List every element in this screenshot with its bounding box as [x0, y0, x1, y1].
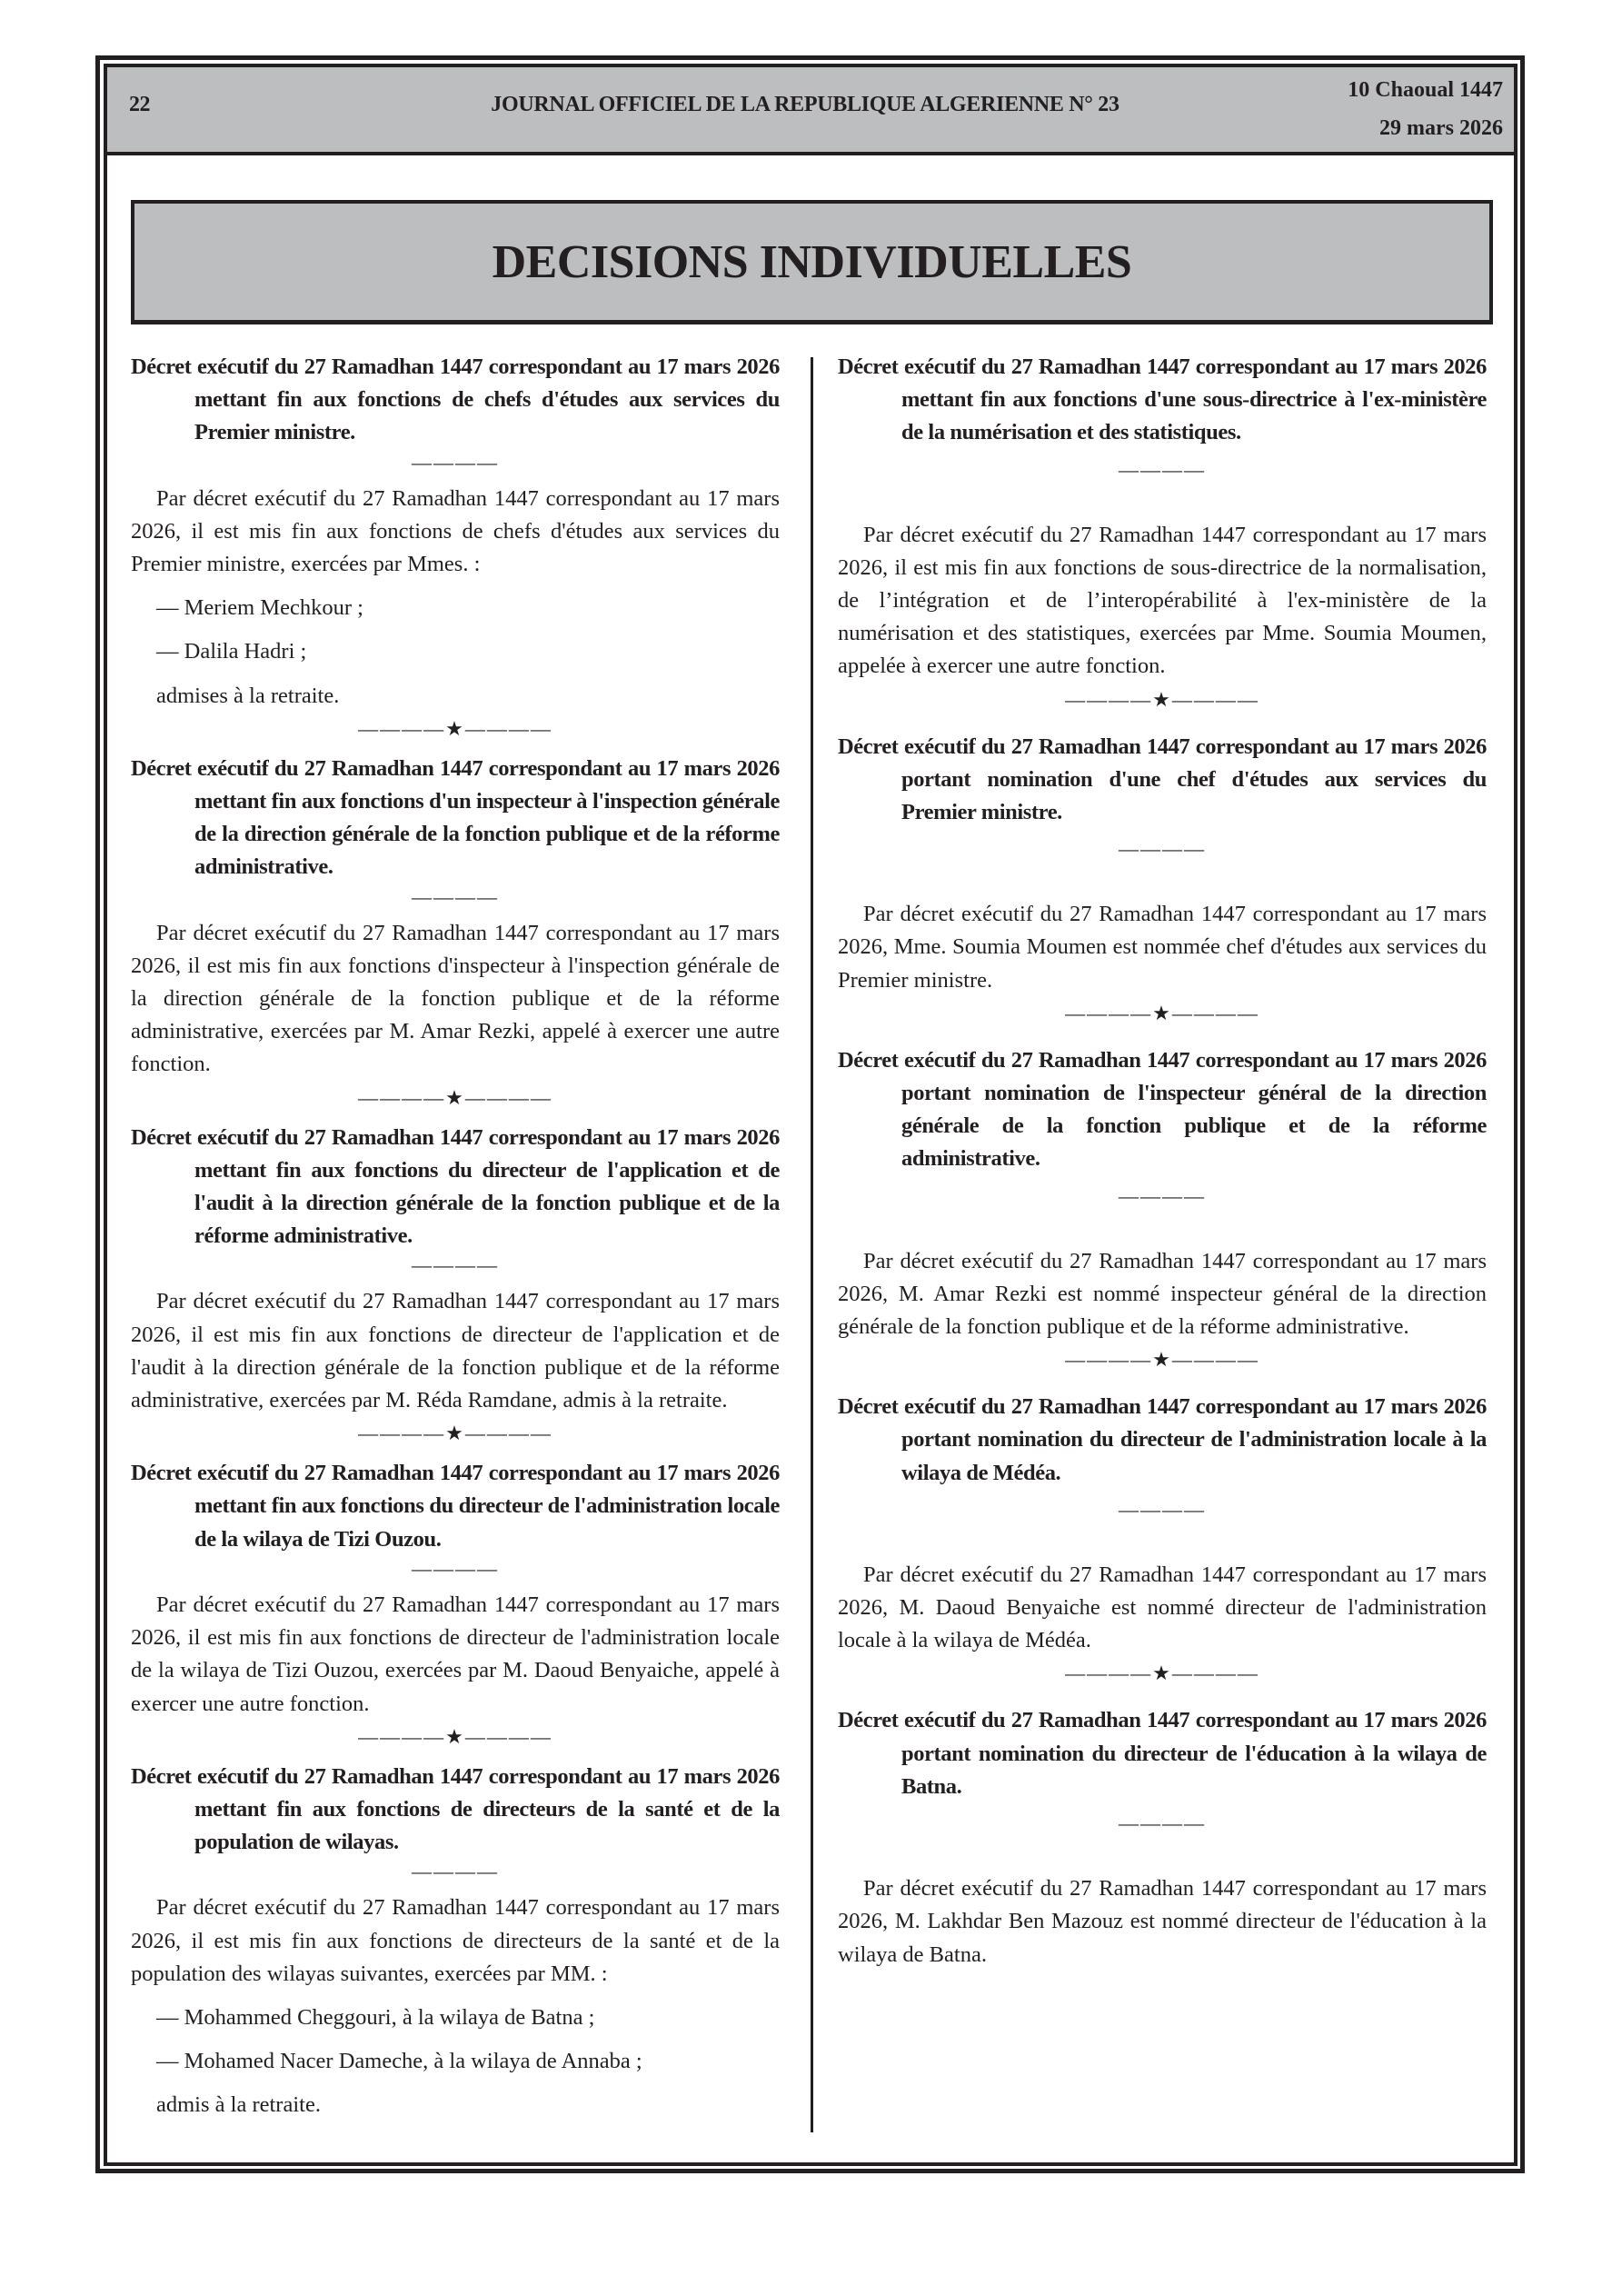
decree-body: Par décret exécutif du 27 Ramadhan 1447 … — [131, 483, 780, 582]
decree: Décret exécutif du 27 Ramadhan 1447 corr… — [838, 1383, 1487, 1690]
decree-title: Décret exécutif du 27 Ramadhan 1447 corr… — [131, 1761, 780, 1860]
list-item: — Meriem Mechkour ; — [131, 592, 780, 624]
separator-short: ———— — [838, 457, 1487, 483]
journal-header: 22 JOURNAL OFFICIEL DE LA REPUBLIQUE ALG… — [107, 67, 1514, 155]
decree-title: Décret exécutif du 27 Ramadhan 1447 corr… — [131, 1457, 780, 1556]
separator-star: ————★———— — [838, 997, 1487, 1030]
separator-star: ————★———— — [838, 1343, 1487, 1376]
decree-body: Par décret exécutif du 27 Ramadhan 1447 … — [131, 1892, 780, 1991]
decree-title: Décret exécutif du 27 Ramadhan 1447 corr… — [838, 1704, 1487, 1803]
separator-star: ————★———— — [131, 713, 780, 745]
decree: Décret exécutif du 27 Ramadhan 1447 corr… — [131, 1122, 780, 1451]
decree-body: Par décret exécutif du 27 Ramadhan 1447 … — [838, 1872, 1487, 1972]
separator-short: ———— — [838, 1183, 1487, 1209]
decree-closing: admis à la retraite. — [131, 2089, 780, 2121]
decree: Décret exécutif du 27 Ramadhan 1447 corr… — [131, 1457, 780, 1752]
separator-short: ———— — [131, 884, 780, 910]
separator-star: ————★———— — [131, 1417, 780, 1450]
date-gregorian: 29 mars 2026 — [1348, 109, 1503, 147]
separator-short: ———— — [838, 1811, 1487, 1836]
separator-short: ———— — [131, 450, 780, 475]
decree-body: Par décret exécutif du 27 Ramadhan 1447 … — [131, 917, 780, 1082]
decree-body: Par décret exécutif du 27 Ramadhan 1447 … — [838, 519, 1487, 684]
list-item: — Dalila Hadri ; — [131, 635, 780, 668]
decree-body: Par décret exécutif du 27 Ramadhan 1447 … — [838, 1559, 1487, 1658]
decree-title: Décret exécutif du 27 Ramadhan 1447 corr… — [131, 1122, 780, 1253]
separator-short: ———— — [838, 1497, 1487, 1522]
decree-body: Par décret exécutif du 27 Ramadhan 1447 … — [838, 1245, 1487, 1344]
left-column: Décret exécutif du 27 Ramadhan 1447 corr… — [131, 351, 780, 2122]
decree-title: Décret exécutif du 27 Ramadhan 1447 corr… — [838, 1044, 1487, 1176]
section-title: DECISIONS INDIVIDUELLES — [493, 235, 1132, 289]
decree-title: Décret exécutif du 27 Ramadhan 1447 corr… — [838, 1391, 1487, 1490]
list-item: — Mohammed Cheggouri, à la wilaya de Bat… — [131, 2002, 780, 2034]
decree: Décret exécutif du 27 Ramadhan 1447 corr… — [838, 351, 1487, 716]
decree-body: Par décret exécutif du 27 Ramadhan 1447 … — [131, 1589, 780, 1721]
decree-body: Par décret exécutif du 27 Ramadhan 1447 … — [131, 1285, 780, 1417]
decree: Décret exécutif du 27 Ramadhan 1447 corr… — [131, 351, 780, 745]
list-item: — Mohamed Nacer Dameche, à la wilaya de … — [131, 2045, 780, 2078]
separator-short: ———— — [838, 836, 1487, 862]
decree-title: Décret exécutif du 27 Ramadhan 1447 corr… — [131, 351, 780, 450]
section-title-box: DECISIONS INDIVIDUELLES — [131, 200, 1493, 324]
decree: Décret exécutif du 27 Ramadhan 1447 corr… — [838, 1037, 1487, 1376]
separator-star: ————★———— — [131, 1721, 780, 1753]
decree: Décret exécutif du 27 Ramadhan 1447 corr… — [838, 724, 1487, 1030]
journal-title-text: JOURNAL OFFICIEL DE LA REPUBLIQUE ALGERI… — [491, 93, 1119, 116]
decree: Décret exécutif du 27 Ramadhan 1447 corr… — [131, 753, 780, 1114]
decree: Décret exécutif du 27 Ramadhan 1447 corr… — [838, 1697, 1487, 1971]
decree-closing: admises à la retraite. — [131, 680, 780, 713]
date-hijri: 10 Chaoual 1447 — [1348, 71, 1503, 109]
separator-short: ———— — [131, 1253, 780, 1278]
separator-star: ————★———— — [131, 1082, 780, 1114]
decree-title: Décret exécutif du 27 Ramadhan 1447 corr… — [838, 351, 1487, 450]
decree-title: Décret exécutif du 27 Ramadhan 1447 corr… — [838, 731, 1487, 830]
separator-short: ———— — [131, 1859, 780, 1884]
separator-short: ———— — [131, 1556, 780, 1582]
right-column: Décret exécutif du 27 Ramadhan 1447 corr… — [838, 351, 1487, 1972]
separator-star: ————★———— — [838, 1657, 1487, 1690]
decree: Décret exécutif du 27 Ramadhan 1447 corr… — [131, 1761, 780, 2122]
separator-star: ————★———— — [838, 684, 1487, 716]
issue-date: 10 Chaoual 1447 29 mars 2026 — [1348, 71, 1503, 147]
journal-title: JOURNAL OFFICIEL DE LA REPUBLIQUE ALGERI… — [107, 93, 1514, 117]
column-divider — [811, 357, 813, 2132]
decree-body: Par décret exécutif du 27 Ramadhan 1447 … — [838, 898, 1487, 997]
decree-title: Décret exécutif du 27 Ramadhan 1447 corr… — [131, 753, 780, 884]
